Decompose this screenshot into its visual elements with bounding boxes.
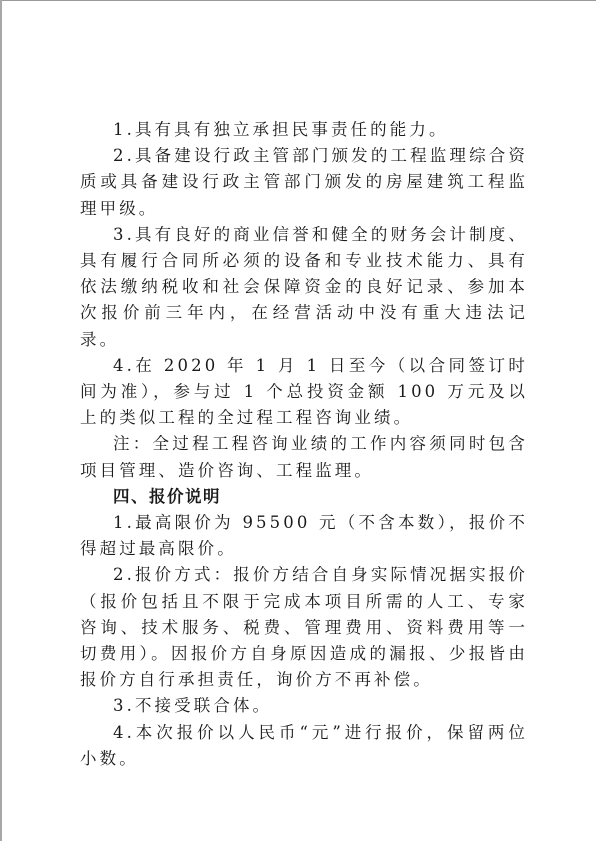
- quote-item-4: 4.本次报价以人民币“元”进行报价，保留两位小数。: [80, 720, 528, 772]
- requirement-4: 4.在 2020 年 1 月 1 日至今（以合同签订时间为准），参与过 1 个总…: [80, 353, 528, 432]
- document-body: 1.具有具有独立承担民事责任的能力。 2.具备建设行政主管部门颁发的工程监理综合…: [80, 117, 528, 772]
- section-heading: 四、报价说明: [80, 484, 528, 510]
- requirement-2: 2.具备建设行政主管部门颁发的工程监理综合资质或具备建设行政主管部门颁发的房屋建…: [80, 143, 528, 222]
- requirement-note: 注：全过程工程咨询业绩的工作内容须同时包含项目管理、造价咨询、工程监理。: [80, 431, 528, 483]
- quote-item-3: 3.不接受联合体。: [80, 693, 528, 719]
- page-edge-top: [0, 0, 596, 1]
- quote-item-2: 2.报价方式：报价方结合自身实际情况据实报价（报价包括且不限于完成本项目所需的人…: [80, 562, 528, 693]
- requirement-3: 3.具有良好的商业信誉和健全的财务会计制度、具有履行合同所必须的设备和专业技术能…: [80, 222, 528, 353]
- requirement-1: 1.具有具有独立承担民事责任的能力。: [80, 117, 528, 143]
- page-edge-left: [0, 0, 2, 841]
- quote-item-1: 1.最高限价为 95500 元（不含本数），报价不得超过最高限价。: [80, 510, 528, 562]
